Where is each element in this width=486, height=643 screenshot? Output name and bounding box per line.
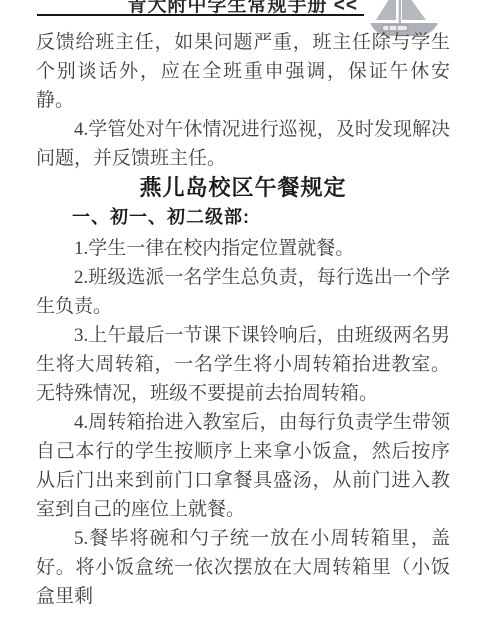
header-divider [37,14,364,16]
paragraph-item-4: 4.学管处对午休情况进行巡视，及时发现解决问题，并反馈班主任。 [36,115,450,173]
rule-item-1: 1.学生一律在校内指定位置就餐。 [36,234,450,263]
rule-item-2: 2.班级选派一名学生总负责，每行选出一个学生负责。 [36,263,450,321]
continuation-paragraph: 反馈给班主任，如果问题严重，班主任除与学生个别谈话外，应在全班重申强调，保证午休… [36,28,450,115]
subsection-heading: 一、初一、初二级部: [36,203,450,232]
rules-list: 1.学生一律在校内指定位置就餐。 2.班级选派一名学生总负责，每行选出一个学生负… [36,234,450,611]
rule-item-5: 5.餐毕将碗和勺子统一放在小周转箱里，盖好。将小饭盒统一依次摆放在大周转箱里（小… [36,524,450,611]
rule-item-3: 3.上午最后一节课下课铃响后，由班级两名男生将大周转箱，一名学生将小周转箱抬进教… [36,321,450,408]
page-body: 反馈给班主任，如果问题严重，班主任除与学生个别谈话外，应在全班重申强调，保证午休… [36,28,450,611]
rule-item-4: 4.周转箱抬进入教室后，由每行负责学生带领自己本行的学生按顺序上来拿小饭盒，然后… [36,408,450,524]
handbook-page: 青大附中学生常规手册 << 反馈给班主任，如果问题严重，班主任除与学生个别谈话外… [0,0,486,643]
section-title: 燕儿岛校区午餐规定 [36,173,450,203]
